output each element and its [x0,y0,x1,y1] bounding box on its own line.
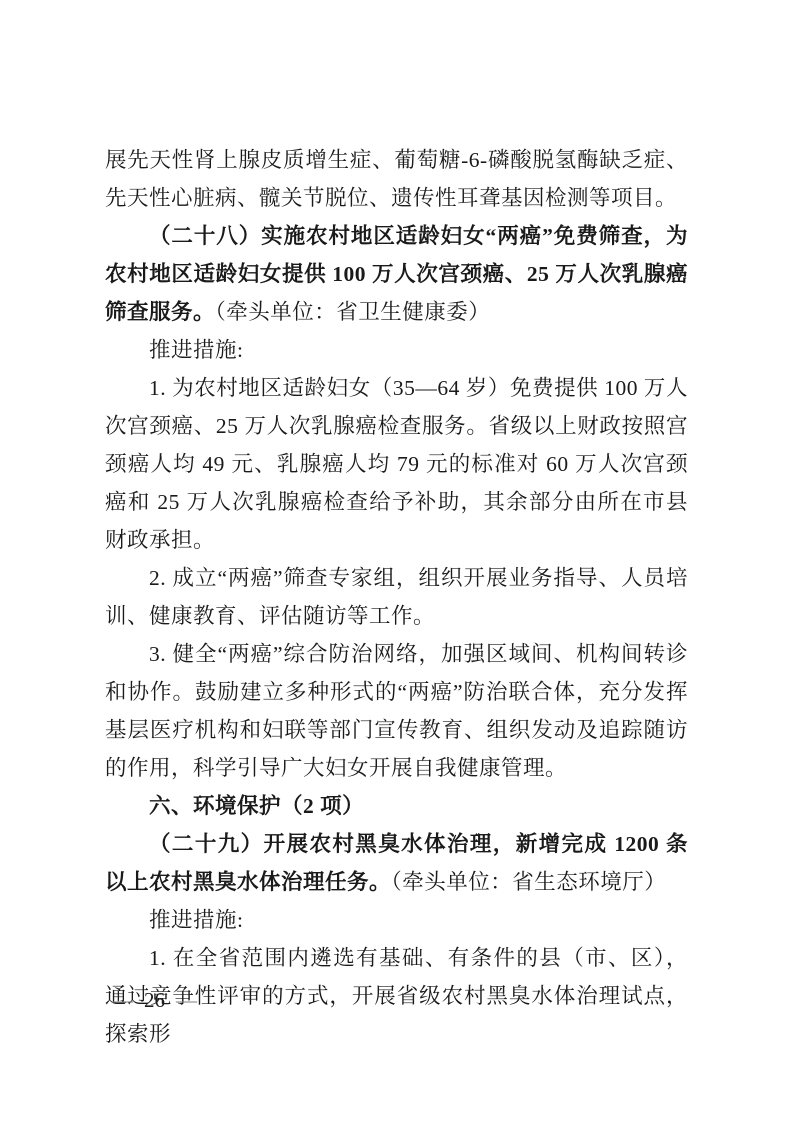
document-body: 展先天性肾上腺皮质增生症、葡萄糖-6-磷酸脱氢酶缺乏症、先天性心脏病、髋关节脱位… [105,141,688,1053]
document-page: 展先天性肾上腺皮质增生症、葡萄糖-6-磷酸脱氢酶缺乏症、先天性心脏病、髋关节脱位… [0,0,793,1122]
text-run: （牵头单位：省卫生健康委） [215,300,490,324]
text-run: 展先天性肾上腺皮质增生症、葡萄糖-6-磷酸脱氢酶缺乏症、先天性心脏病、髋关节脱位… [105,148,688,210]
paragraph: 展先天性肾上腺皮质增生症、葡萄糖-6-磷酸脱氢酶缺乏症、先天性心脏病、髋关节脱位… [105,141,688,217]
page-footer: —26— [112,986,197,1014]
paragraph: 推进措施: [105,331,688,369]
text-run: （牵头单位：省生态环境厅） [391,870,666,894]
bold-text-run: 六、环境保护（2 项） [149,794,364,818]
page-number: 26 [144,988,165,1012]
text-run: 2. 成立“两癌”筛查专家组，组织开展业务指导、人员培训、健康教育、评估随访等工… [105,566,688,628]
paragraph: 1. 为农村地区适龄妇女（35—64 岁）免费提供 100 万人次宫颈癌、25 … [105,369,688,559]
paragraph: （二十八）实施农村地区适龄妇女“两癌”免费筛查，为农村地区适龄妇女提供 100 … [105,217,688,331]
text-run: 推进措施: [149,338,243,362]
paragraph: 推进措施: [105,901,688,939]
text-run: 1. 为农村地区适龄妇女（35—64 岁）免费提供 100 万人次宫颈癌、25 … [105,376,688,552]
footer-dash-right: — [176,988,197,1012]
section-heading: 六、环境保护（2 项） [105,787,688,825]
text-run: 推进措施: [149,908,243,932]
footer-dash-left: — [112,988,133,1012]
paragraph: 2. 成立“两癌”筛查专家组，组织开展业务指导、人员培训、健康教育、评估随访等工… [105,559,688,635]
paragraph: 3. 健全“两癌”综合防治网络，加强区域间、机构间转诊和协作。鼓励建立多种形式的… [105,635,688,787]
paragraph: （二十九）开展农村黑臭水体治理，新增完成 1200 条以上农村黑臭水体治理任务。… [105,825,688,901]
text-run: 3. 健全“两癌”综合防治网络，加强区域间、机构间转诊和协作。鼓励建立多种形式的… [105,642,688,780]
